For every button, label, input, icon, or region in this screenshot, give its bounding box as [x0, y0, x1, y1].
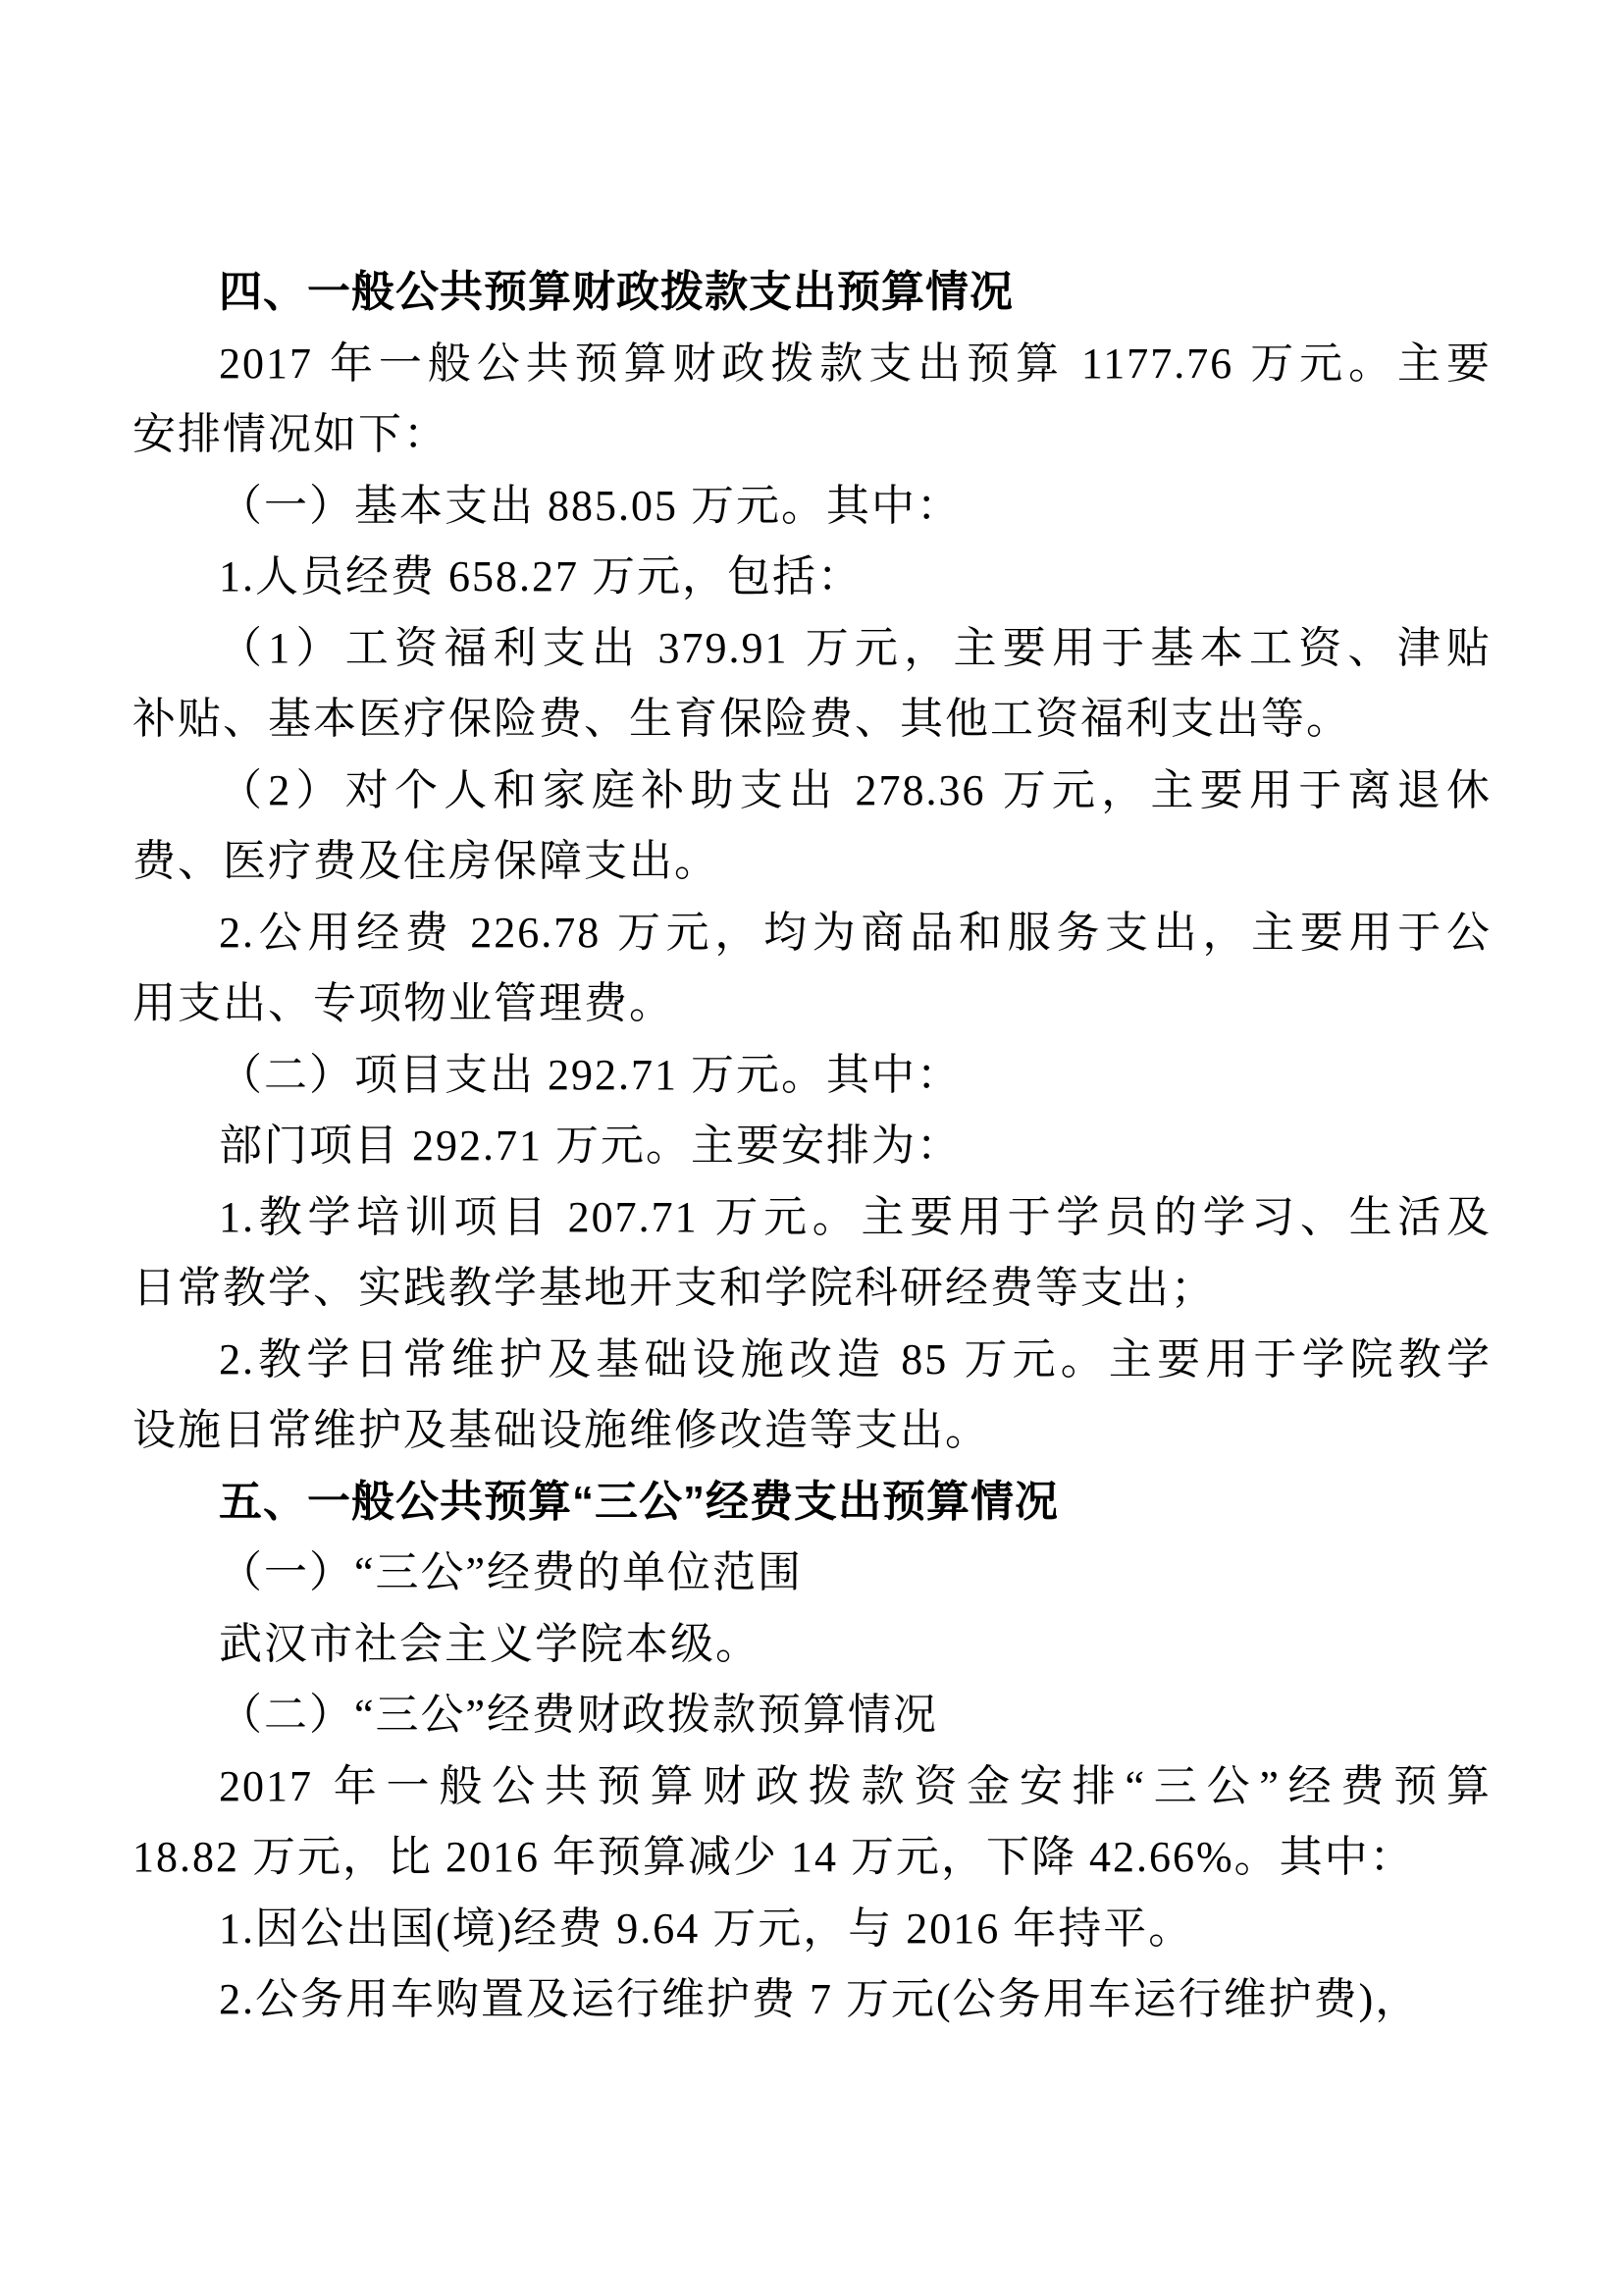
doc-line: 1.人员经费 658.27 万元，包括： — [132, 542, 1492, 613]
doc-line: （1）工资福利支出 379.91 万元，主要用于基本工资、津贴 — [132, 613, 1492, 685]
doc-line: 2.公用经费 226.78 万元，均为商品和服务支出，主要用于公 — [132, 898, 1492, 969]
doc-line: （2）对个人和家庭补助支出 278.36 万元，主要用于离退休 — [132, 756, 1492, 827]
doc-line: 武汉市社会主义学院本级。 — [132, 1609, 1492, 1681]
doc-line: 用支出、专项物业管理费。 — [132, 968, 1492, 1040]
doc-line: 2017 年一般公共预算财政拨款资金安排“三公”经费预算 — [132, 1751, 1492, 1823]
doc-line: 2.教学日常维护及基础设施改造 85 万元。主要用于学院教学 — [132, 1325, 1492, 1396]
doc-line: 部门项目 292.71 万元。主要安排为： — [132, 1111, 1492, 1182]
doc-line: 日常教学、实践教学基地开支和学院科研经费等支出； — [132, 1253, 1492, 1325]
section-heading-four: 四、一般公共预算财政拨款支出预算情况 — [132, 257, 1492, 329]
doc-line: 2017 年一般公共预算财政拨款支出预算 1177.76 万元。主要 — [132, 329, 1492, 400]
doc-line: 2.公务用车购置及运行维护费 7 万元(公务用车运行维护费)， — [132, 1964, 1492, 2036]
doc-line: 费、医疗费及住房保障支出。 — [132, 826, 1492, 898]
document-body: 四、一般公共预算财政拨款支出预算情况 2017 年一般公共预算财政拨款支出预算 … — [132, 257, 1492, 2036]
doc-line: 1.因公出国(境)经费 9.64 万元，与 2016 年持平。 — [132, 1894, 1492, 1965]
doc-line: 设施日常维护及基础设施维修改造等支出。 — [132, 1395, 1492, 1467]
document-page: 四、一般公共预算财政拨款支出预算情况 2017 年一般公共预算财政拨款支出预算 … — [0, 0, 1624, 2296]
doc-line: （一）“三公”经费的单位范围 — [132, 1538, 1492, 1609]
doc-line: （二）“三公”经费财政拨款预算情况 — [132, 1680, 1492, 1751]
section-heading-five: 五、一般公共预算“三公”经费支出预算情况 — [132, 1467, 1492, 1539]
doc-line: 18.82 万元，比 2016 年预算减少 14 万元，下降 42.66%。其中… — [132, 1822, 1492, 1894]
doc-line: （二）项目支出 292.71 万元。其中： — [132, 1040, 1492, 1112]
doc-line: 1.教学培训项目 207.71 万元。主要用于学员的学习、生活及 — [132, 1182, 1492, 1254]
doc-line: 补贴、基本医疗保险费、生育保险费、其他工资福利支出等。 — [132, 684, 1492, 756]
doc-line: （一）基本支出 885.05 万元。其中： — [132, 471, 1492, 543]
doc-line: 安排情况如下： — [132, 399, 1492, 471]
